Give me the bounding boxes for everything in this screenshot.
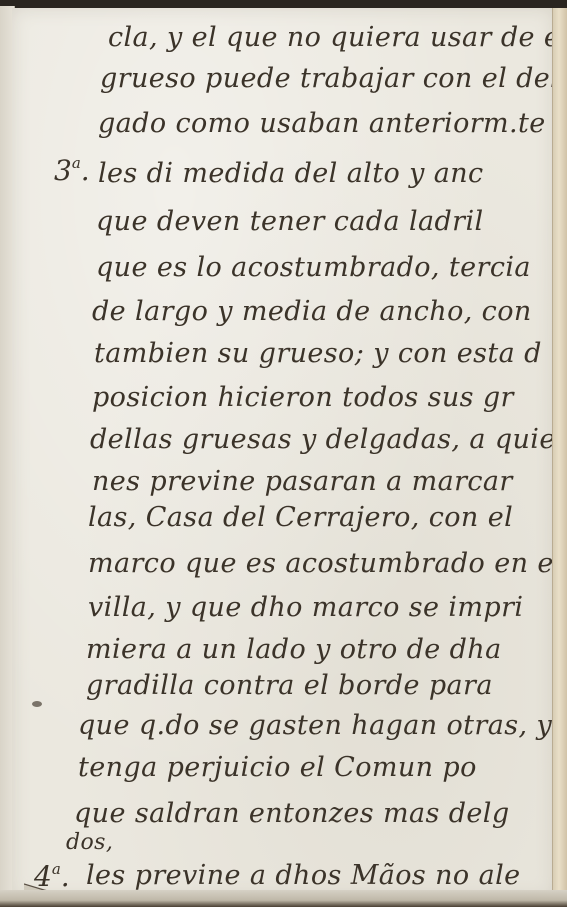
text-line-7: de largo y media de ancho, con [92,296,532,327]
text-line-5: que deven tener cada ladril [96,206,484,237]
text-line-13: marco que es acostumbrado en esta [88,548,552,579]
text-line-16: gradilla contra el borde para [86,670,493,701]
right-page-edge [552,8,567,907]
text-line-9: posicion hicieron todos sus gr [92,382,514,413]
text-line-14: villa, y que dho marco se impri [88,592,523,623]
manuscript-page: cla, y el que no quiera usar de el grues… [12,8,554,898]
text-line-6: que es lo acostumbrado, tercia [96,252,531,283]
paragraph-number-3: 3a. [54,154,90,187]
text-line-10: dellas gruesas y delgadas, a quie [90,424,552,455]
text-line-11: nes previne pasaran a marcar [92,466,513,497]
top-dark-strip [0,0,567,8]
text-line-12: las, Casa del Cerrajero, con el [88,502,513,533]
text-line-19: que saldran entonzes mas delg [74,798,510,829]
text-line-15: miera a un lado y otro de dha [86,634,502,665]
text-line-18: tenga perjuicio el Comun po [78,752,477,783]
text-line-4: les di medida del alto y anc [98,158,484,189]
text-line-8: tambien su grueso; y con esta d [94,338,542,369]
text-line-3: gado como usaban anteriorm.te [98,108,546,139]
text-line-2: grueso puede trabajar con el del [100,63,552,94]
bottom-shadow-edge [0,890,567,907]
text-line-20: dos, [66,830,113,855]
ink-blot [32,701,42,707]
text-line-1: cla, y el que no quiera usar de el [108,22,552,53]
text-line-17: que q.do se gasten hagan otras, y n [78,710,552,741]
